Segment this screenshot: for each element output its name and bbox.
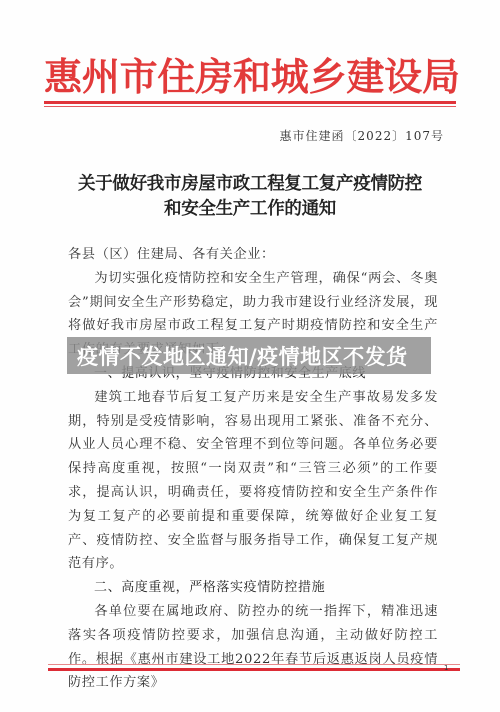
header-red-rule-thick (44, 101, 456, 104)
agency-title-char: 住 (157, 46, 191, 101)
section-2-heading: 二、高度重视，严格落实疫情防控措施 (68, 576, 438, 600)
page-number: 1 (444, 664, 448, 672)
section-2-paragraph: 各单位要在属地政府、防控办的统一指挥下，精准迅速落实各项疫情防控要求，加强信息沟… (68, 600, 438, 695)
agency-title: 惠 州 市 住 房 和 城 乡 建 设 局 (44, 50, 456, 96)
agency-title-char: 市 (120, 46, 154, 101)
agency-title-char: 乡 (309, 46, 343, 101)
notice-title-line-1: 关于做好我市房屋市政工程复工复产疫情防控 (60, 172, 440, 197)
document-body: 各县（区）住建局、各有关企业： 为切实强化疫情防控和安全生产管理，确保“两会、冬… (68, 243, 438, 695)
agency-title-char: 州 (82, 46, 116, 101)
header-red-rule-thin (44, 106, 456, 107)
caption-overlay-text: 疫情不发地区通知/疫情地区不发货 (77, 341, 408, 371)
agency-title-char: 城 (271, 46, 305, 101)
document-number: 惠市住建函〔2022〕107号 (280, 127, 444, 144)
agency-title-char: 惠 (44, 46, 78, 101)
section-1-paragraph: 建筑工地春节后复工复产历来是安全生产事故易发多发期，特别是受疫情影响，容易出现用… (68, 386, 438, 576)
salutation: 各县（区）住建局、各有关企业： (68, 243, 438, 267)
footer-red-rule-thick (48, 668, 460, 671)
notice-title: 关于做好我市房屋市政工程复工复产疫情防控 和安全生产工作的通知 (60, 172, 440, 222)
caption-overlay-banner: 疫情不发地区通知/疫情地区不发货 (67, 337, 431, 374)
document-page: 惠 州 市 住 房 和 城 乡 建 设 局 惠市住建函〔2022〕107号 关于… (0, 0, 500, 712)
agency-title-char: 建 (346, 46, 380, 101)
agency-title-char: 房 (195, 46, 229, 101)
agency-title-char: 和 (233, 46, 267, 101)
agency-title-char: 局 (422, 46, 456, 101)
footer-red-rule-thin (48, 664, 460, 665)
notice-title-line-2: 和安全生产工作的通知 (60, 197, 440, 222)
agency-title-char: 设 (384, 46, 418, 101)
